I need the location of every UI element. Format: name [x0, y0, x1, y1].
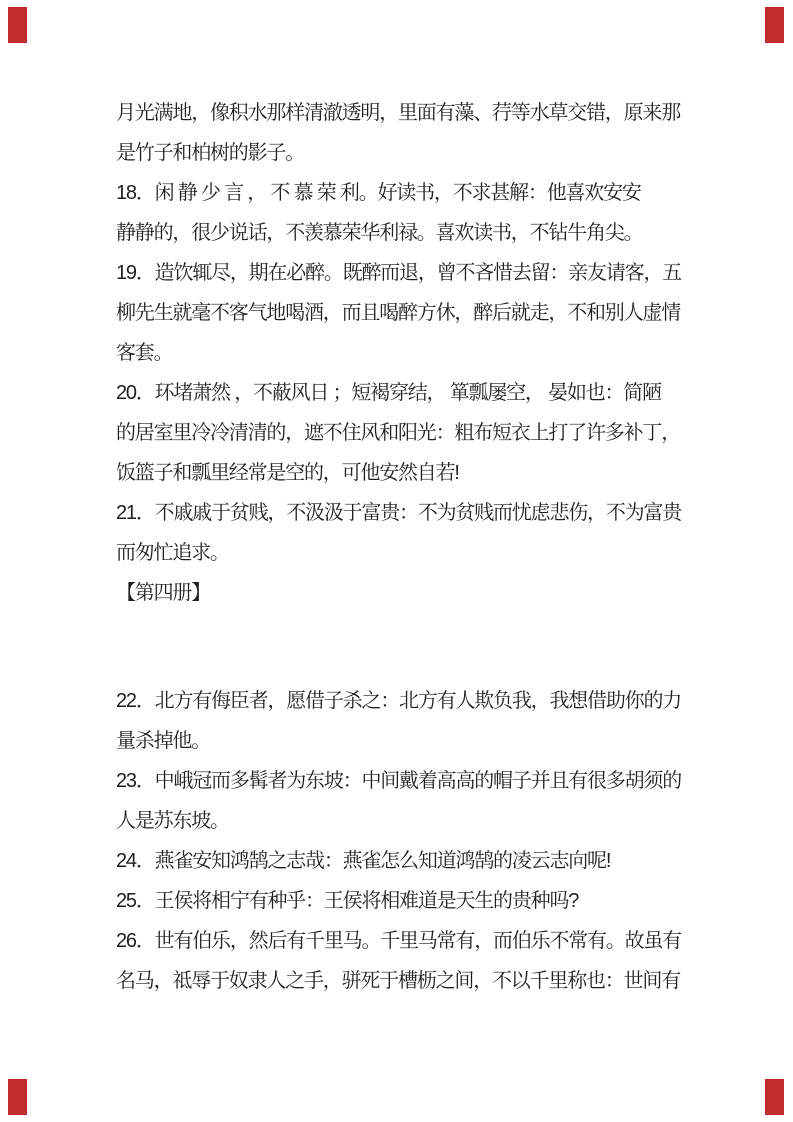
text-line: 25．王侯将相宁有种乎：王侯将相难道是天生的贵种吗? — [116, 881, 682, 921]
document-page: 月光满地，像积水那样清澈透明，里面有藻、荇等水草交错，原来那是竹子和柏树的影子。… — [0, 0, 793, 1122]
red-corner-mark-top-right-icon — [765, 7, 784, 43]
text-line: 22．北方有侮臣者，愿借子杀之：北方有人欺负我，我想借助你的力 — [116, 681, 682, 721]
text-line: 是竹子和柏树的影子。 — [116, 133, 682, 173]
text-line: 客套。 — [116, 333, 682, 373]
text-line: 名马，祗辱于奴隶人之手，骈死于槽枥之间，不以千里称也：世间有 — [116, 961, 682, 1001]
text-line: 静静的，很少说话，不羡慕荣华利禄。喜欢读书，不钻牛角尖。 — [116, 213, 682, 253]
red-corner-mark-bottom-left-icon — [8, 1079, 27, 1115]
text-line: 26．世有伯乐，然后有千里马。千里马常有，而伯乐不常有。故虽有 — [116, 921, 682, 961]
text-line: 21．不戚戚于贫贱，不汲汲于富贵：不为贫贱而忧虑悲伤，不为富贵 — [116, 493, 682, 533]
blank-line — [116, 613, 682, 681]
text-line: 【第四册】 — [116, 573, 682, 613]
text-line: 饭篮子和瓢里经常是空的，可他安然自若! — [116, 453, 682, 493]
document-text-block: 月光满地，像积水那样清澈透明，里面有藻、荇等水草交错，原来那是竹子和柏树的影子。… — [116, 93, 682, 1001]
text-line: 24．燕雀安知鸿鹄之志哉：燕雀怎么知道鸿鹄的凌云志向呢! — [116, 841, 682, 881]
text-line: 量杀掉他。 — [116, 721, 682, 761]
text-line: 18．闲 静 少 言 ， 不 慕 荣 利。好读书，不求甚解：他喜欢安安 — [116, 173, 682, 213]
text-line: 柳先生就毫不客气地喝酒，而且喝醉方休，醉后就走，不和别人虚情 — [116, 293, 682, 333]
text-line: 人是苏东坡。 — [116, 801, 682, 841]
red-corner-mark-bottom-right-icon — [765, 1079, 784, 1115]
text-line: 而匆忙追求。 — [116, 533, 682, 573]
text-line: 月光满地，像积水那样清澈透明，里面有藻、荇等水草交错，原来那 — [116, 93, 682, 133]
text-line: 19．造饮辄尽，期在必醉。既醉而退，曾不吝惜去留：亲友请客，五 — [116, 253, 682, 293]
text-line: 的居室里冷冷清清的，遮不住风和阳光：粗布短衣上打了许多补丁， — [116, 413, 682, 453]
text-line: 20．环堵萧然 ，不蔽风日 ；短褐穿结， 箪瓢屡空， 晏如也：简陋 — [116, 373, 682, 413]
text-line: 23．中峨冠而多髯者为东坡：中间戴着高高的帽子并且有很多胡须的 — [116, 761, 682, 801]
red-corner-mark-top-left-icon — [8, 7, 27, 43]
